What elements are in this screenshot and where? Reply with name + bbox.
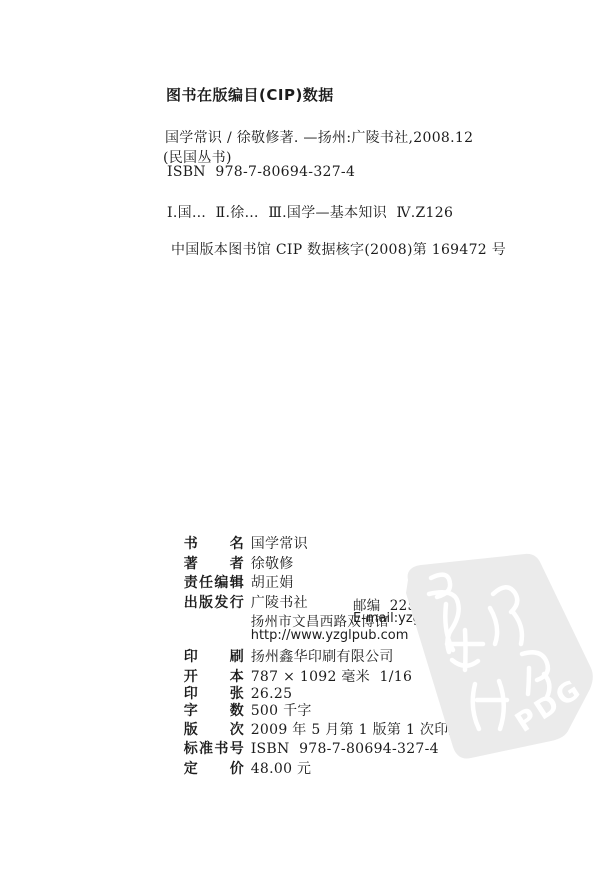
cip-heading: 图书在版编目(CIP)数据: [166, 84, 334, 105]
colophon-row-editor: 责任编辑胡正娟: [157, 556, 294, 574]
colophon-row-web: http://www.yzglpub.com E-mail:yzglss@163…: [157, 611, 408, 629]
colophon-row-price: 定价48.00 元: [157, 742, 311, 760]
cip-title-line: 国学常识 / 徐敬修著. —扬州:广陵书社,2008.12: [165, 127, 473, 147]
colophon-row-printer: 印刷扬州鑫华印刷有限公司: [157, 630, 394, 648]
pdg-watermark-label: PDG: [510, 673, 588, 739]
colophon-row-title: 书名国学常识: [157, 517, 308, 535]
colophon-row-address: 扬州市文昌西路双博馆 邮编 225012: [157, 594, 389, 612]
colophon-row-author: 著者徐敬修: [157, 537, 294, 555]
cip-isbn-line: ISBN 978-7-80694-327-4: [167, 164, 355, 180]
cip-record-number-line: 中国版本图书馆 CIP 数据核字(2008)第 169472 号: [171, 239, 506, 259]
colophon-row-isbn: 标准书号ISBN 978-7-80694-327-4: [157, 722, 439, 740]
colophon-value: 48.00 元: [251, 761, 312, 777]
cip-classification-line: Ⅰ.国… Ⅱ.徐… Ⅲ.国学—基本知识 Ⅳ.Z126: [167, 202, 453, 222]
colophon-row-publisher: 出版发行广陵书社: [157, 576, 308, 594]
colophon-row-sheets: 印张26.25: [157, 667, 292, 685]
colophon-row-wordcount: 字数500 千字: [157, 684, 312, 702]
colophon-row-edition: 版次2009 年 5 月第 1 版第 1 次印刷: [157, 703, 463, 721]
publisher-email: E-mail:yzglss@163.com: [353, 611, 508, 626]
colophon-row-format: 开本787 × 1092 毫米 1/16: [157, 650, 412, 668]
book-copyright-page: 图书在版编目(CIP)数据 国学常识 / 徐敬修著. —扬州:广陵书社,2008…: [0, 0, 600, 869]
colophon-label: 定价: [184, 758, 244, 778]
